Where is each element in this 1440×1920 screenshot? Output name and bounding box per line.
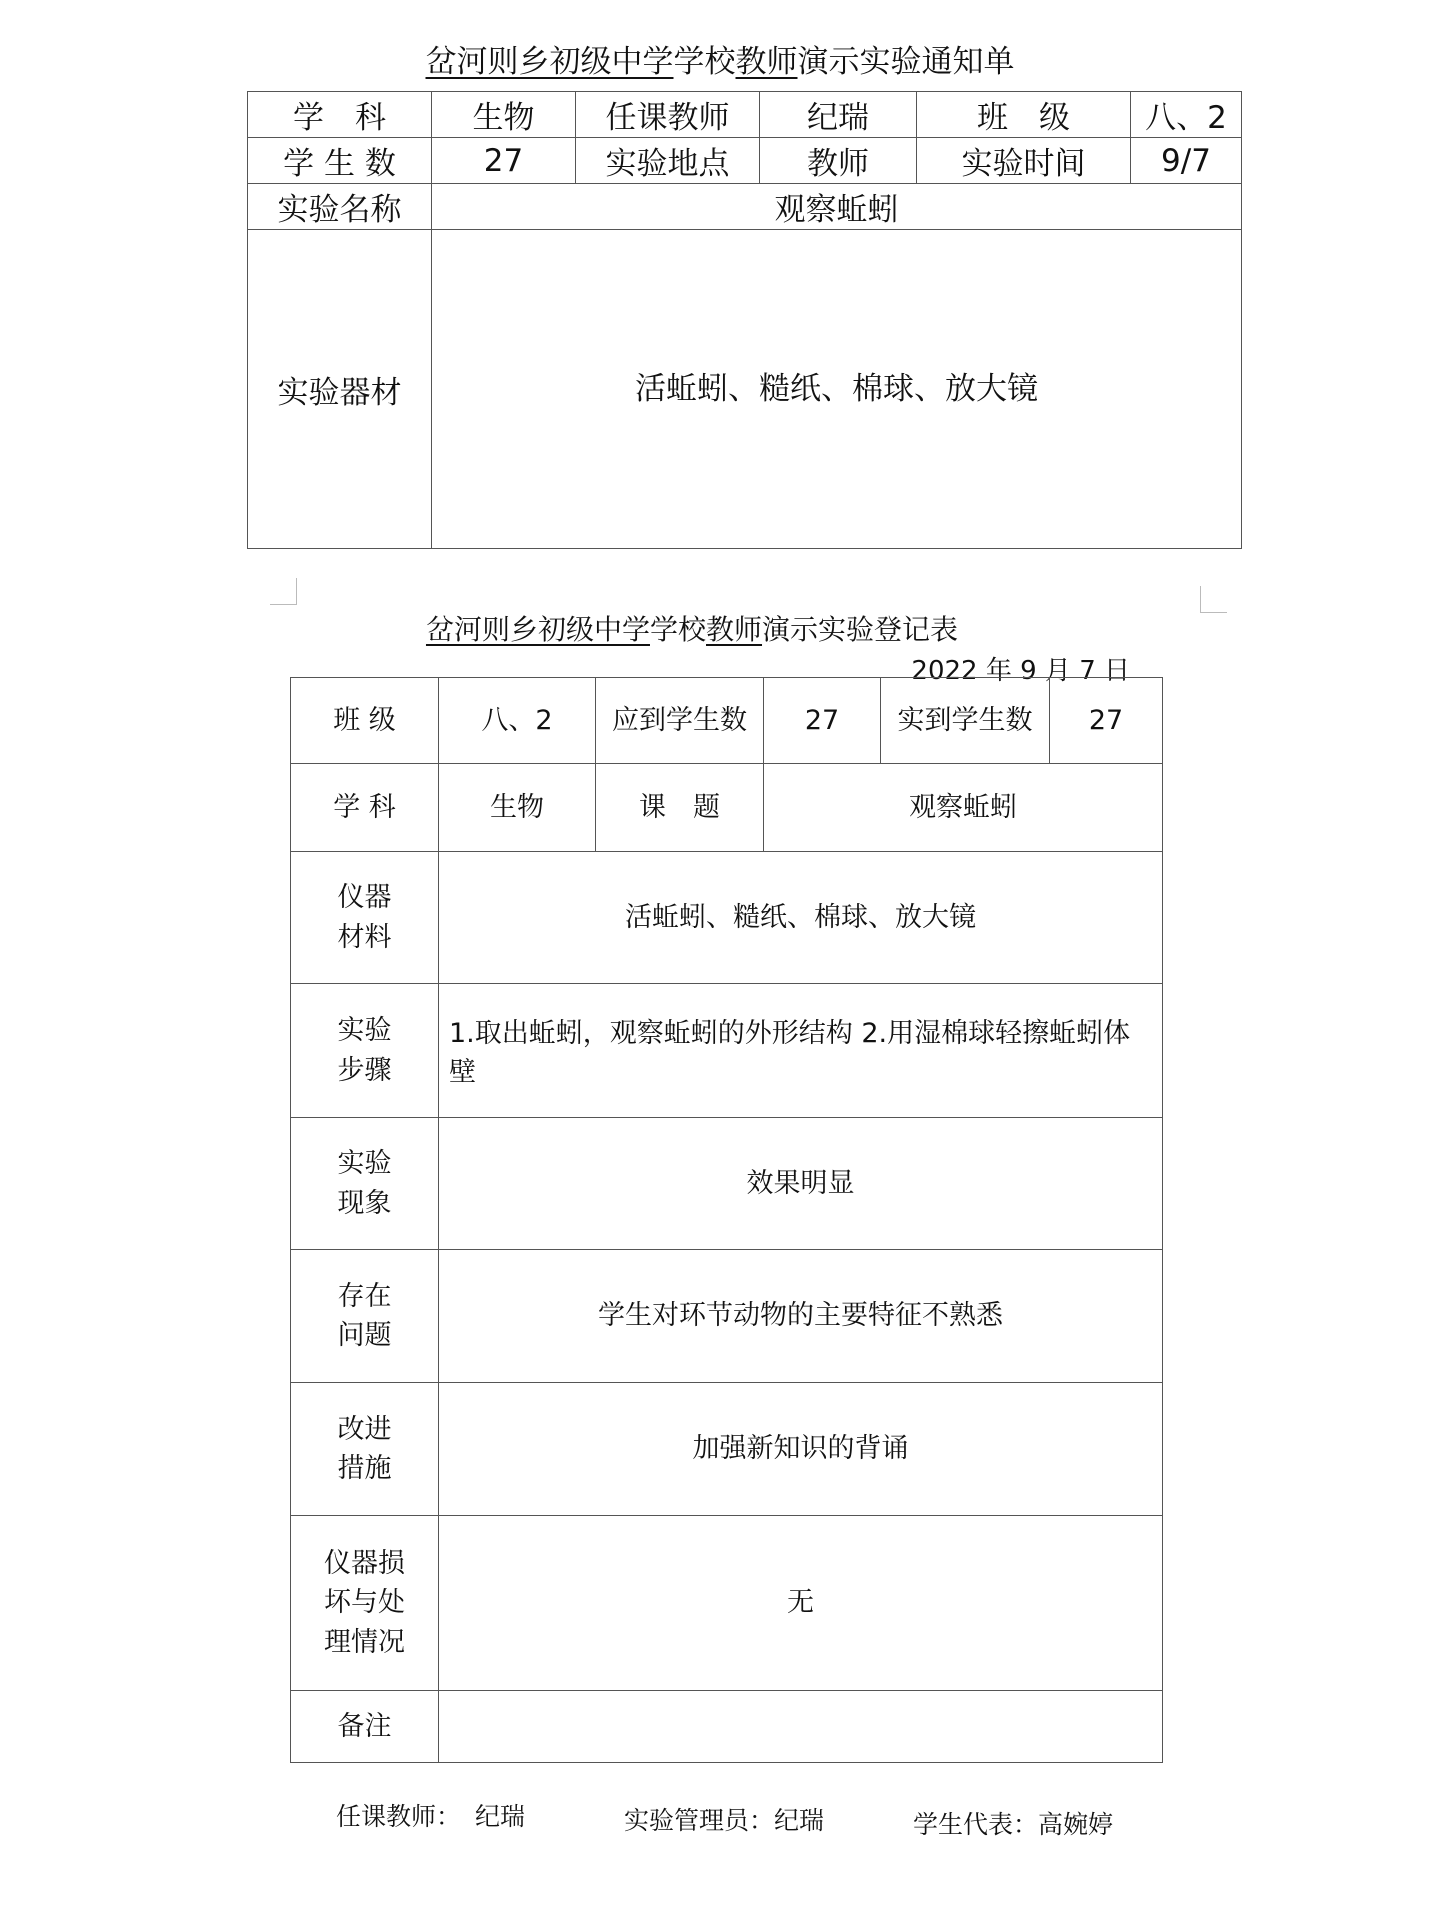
equipment-value: 活蚯蚓、糙纸、棉球、放大镜 bbox=[432, 230, 1242, 549]
notice-table: 学 科 生物 任课教师 纪瑞 班 级 八、2 学 生 数 27 实验地点 教师 … bbox=[247, 91, 1242, 549]
improvement-label: 改进措施 bbox=[291, 1383, 439, 1516]
steps-value: 1.取出蚯蚓，观察蚯蚓的外形结构 2.用湿棉球轻擦蚯蚓体壁 bbox=[439, 984, 1163, 1118]
topic-label: 课 题 bbox=[596, 764, 764, 852]
register-title: 岔河则乡初级中学学校教师演示实验登记表 bbox=[0, 608, 1412, 648]
remarks-value bbox=[439, 1691, 1163, 1763]
time-label: 实验时间 bbox=[917, 138, 1131, 184]
subject-value: 生物 bbox=[432, 92, 576, 138]
actual-students-label: 实到学生数 bbox=[881, 678, 1050, 764]
damage-value: 无 bbox=[439, 1516, 1163, 1691]
subject-label: 学 科 bbox=[291, 764, 439, 852]
improvement-value: 加强新知识的背诵 bbox=[439, 1383, 1163, 1516]
teacher-value: 纪瑞 bbox=[760, 92, 917, 138]
notice-title: 岔河则乡初级中学学校教师演示实验通知单 bbox=[0, 36, 1440, 81]
experiment-name-label: 实验名称 bbox=[248, 184, 432, 230]
teacher-label: 任课教师 bbox=[576, 92, 760, 138]
signature-admin: 实验管理员：纪瑞 bbox=[624, 1801, 824, 1837]
location-label: 实验地点 bbox=[576, 138, 760, 184]
expected-students-value: 27 bbox=[764, 678, 881, 764]
page-corner-mark-left bbox=[270, 578, 297, 605]
materials-label: 仪器材料 bbox=[291, 852, 439, 984]
time-value: 9/7 bbox=[1131, 138, 1242, 184]
expected-students-label: 应到学生数 bbox=[596, 678, 764, 764]
steps-label: 实验步骤 bbox=[291, 984, 439, 1118]
class-label: 班 级 bbox=[291, 678, 439, 764]
problems-value: 学生对环节动物的主要特征不熟悉 bbox=[439, 1250, 1163, 1383]
materials-value: 活蚯蚓、糙纸、棉球、放大镜 bbox=[439, 852, 1163, 984]
students-value: 27 bbox=[432, 138, 576, 184]
problems-label: 存在问题 bbox=[291, 1250, 439, 1383]
notice-title-school: 岔河则乡初级中学 bbox=[426, 44, 674, 80]
subject-value: 生物 bbox=[439, 764, 596, 852]
signature-teacher: 任课教师：纪瑞 bbox=[336, 1797, 525, 1833]
damage-label: 仪器损坏与处理情况 bbox=[291, 1516, 439, 1691]
experiment-name-value: 观察蚯蚓 bbox=[432, 184, 1242, 230]
topic-value: 观察蚯蚓 bbox=[764, 764, 1163, 852]
remarks-label: 备注 bbox=[291, 1691, 439, 1763]
register-table: 班 级 八、2 应到学生数 27 实到学生数 27 学 科 生物 课 题 观察蚯… bbox=[290, 677, 1163, 1763]
students-label: 学 生 数 bbox=[248, 138, 432, 184]
phenomenon-label: 实验现象 bbox=[291, 1118, 439, 1250]
class-value: 八、2 bbox=[1131, 92, 1242, 138]
actual-students-value: 27 bbox=[1050, 678, 1163, 764]
class-value: 八、2 bbox=[439, 678, 596, 764]
class-label: 班 级 bbox=[917, 92, 1131, 138]
signature-student: 学生代表：高婉婷 bbox=[913, 1805, 1113, 1841]
phenomenon-value: 效果明显 bbox=[439, 1118, 1163, 1250]
location-value: 教师 bbox=[760, 138, 917, 184]
subject-label: 学 科 bbox=[248, 92, 432, 138]
equipment-label: 实验器材 bbox=[248, 230, 432, 549]
